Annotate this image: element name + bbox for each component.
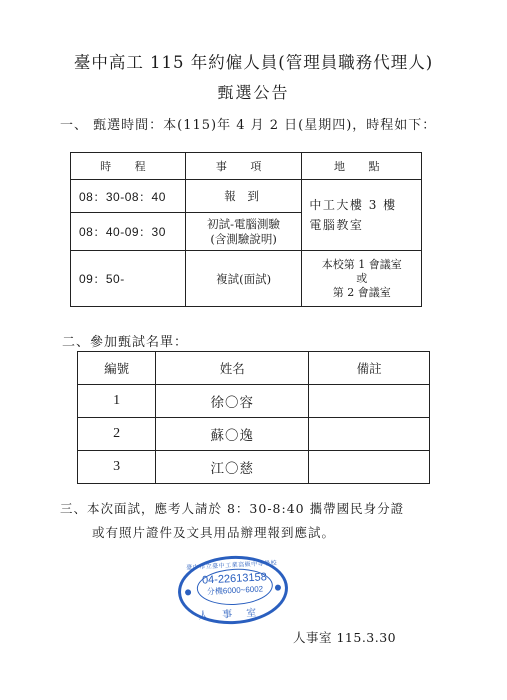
section-1-exam-time: 一、 甄選時間：本(115)年 4 月 2 日(星期四)，時程如下：	[60, 114, 436, 133]
schedule-time: 08：40-09：30	[71, 213, 186, 251]
candidate-name: 江〇慈	[156, 451, 309, 484]
stamp-emblem-icon	[185, 589, 191, 595]
candidate-row: 2 蘇〇逸	[78, 418, 430, 451]
stamp-department: 人事室	[182, 602, 287, 622]
section-3-interview-notice: 三、本次面試，應考人請於 8：30-8:40 攜帶國民身分證 或有照片證件及文具…	[60, 497, 404, 545]
schedule-item: 複試(面試)	[185, 251, 302, 307]
schedule-time: 08：30-08：40	[71, 180, 186, 213]
header-name: 姓名	[156, 352, 309, 385]
header-number: 編號	[78, 352, 156, 385]
schedule-table: 時 程 事 項 地 點 08：30-08：40 報 到 中工大樓 3 樓 電腦教…	[70, 152, 422, 307]
candidate-note	[309, 418, 430, 451]
schedule-item: 初試-電腦測驗 (含測驗說明)	[185, 213, 302, 251]
candidate-number: 3	[78, 451, 156, 484]
official-stamp: 臺中市立臺中工業高級中等學校 04-22613158 分機6000~6002 人…	[176, 553, 289, 627]
candidate-name: 徐〇容	[156, 385, 309, 418]
schedule-row: 09：50- 複試(面試) 本校第 1 會議室 或 第 2 會議室	[71, 251, 422, 307]
schedule-location: 中工大樓 3 樓 電腦教室	[302, 180, 422, 251]
announcement-title: 臺中高工 115 年約僱人員(管理員職務代理人)	[0, 49, 507, 73]
stamp-emblem-icon	[275, 584, 281, 590]
header-time: 時 程	[71, 153, 186, 180]
candidate-header-row: 編號 姓名 備註	[78, 352, 430, 385]
candidate-number: 2	[78, 418, 156, 451]
candidate-table: 編號 姓名 備註 1 徐〇容 2 蘇〇逸 3 江〇慈	[77, 351, 430, 484]
candidate-row: 3 江〇慈	[78, 451, 430, 484]
item-line: (含測驗說明)	[186, 232, 302, 247]
announcement-subtitle: 甄選公告	[0, 80, 507, 103]
location-line: 電腦教室	[309, 215, 421, 235]
stamp-inner-oval: 04-22613158 分機6000~6002	[196, 567, 274, 607]
header-note: 備註	[309, 352, 430, 385]
section-2-candidate-list: 二、參加甄試名單：	[62, 331, 188, 350]
signature-date: 人事室 115.3.30	[293, 628, 396, 646]
location-line: 或	[302, 272, 421, 286]
item-line: 初試-電腦測驗	[186, 217, 302, 232]
header-item: 事 項	[185, 153, 302, 180]
schedule-item: 報 到	[185, 180, 302, 213]
schedule-header-row: 時 程 事 項 地 點	[71, 153, 422, 180]
notice-line: 或有照片證件及文具用品辦理報到應試。	[60, 521, 404, 545]
schedule-row: 08：30-08：40 報 到 中工大樓 3 樓 電腦教室	[71, 180, 422, 213]
candidate-number: 1	[78, 385, 156, 418]
schedule-location: 本校第 1 會議室 或 第 2 會議室	[302, 251, 422, 307]
location-line: 第 2 會議室	[302, 286, 421, 300]
schedule-time: 09：50-	[71, 251, 186, 307]
location-line: 本校第 1 會議室	[302, 258, 421, 272]
candidate-row: 1 徐〇容	[78, 385, 430, 418]
candidate-name: 蘇〇逸	[156, 418, 309, 451]
notice-line: 三、本次面試，應考人請於 8：30-8:40 攜帶國民身分證	[60, 497, 404, 521]
location-line: 中工大樓 3 樓	[309, 195, 421, 215]
header-location: 地 點	[302, 153, 422, 180]
candidate-note	[309, 451, 430, 484]
candidate-note	[309, 385, 430, 418]
